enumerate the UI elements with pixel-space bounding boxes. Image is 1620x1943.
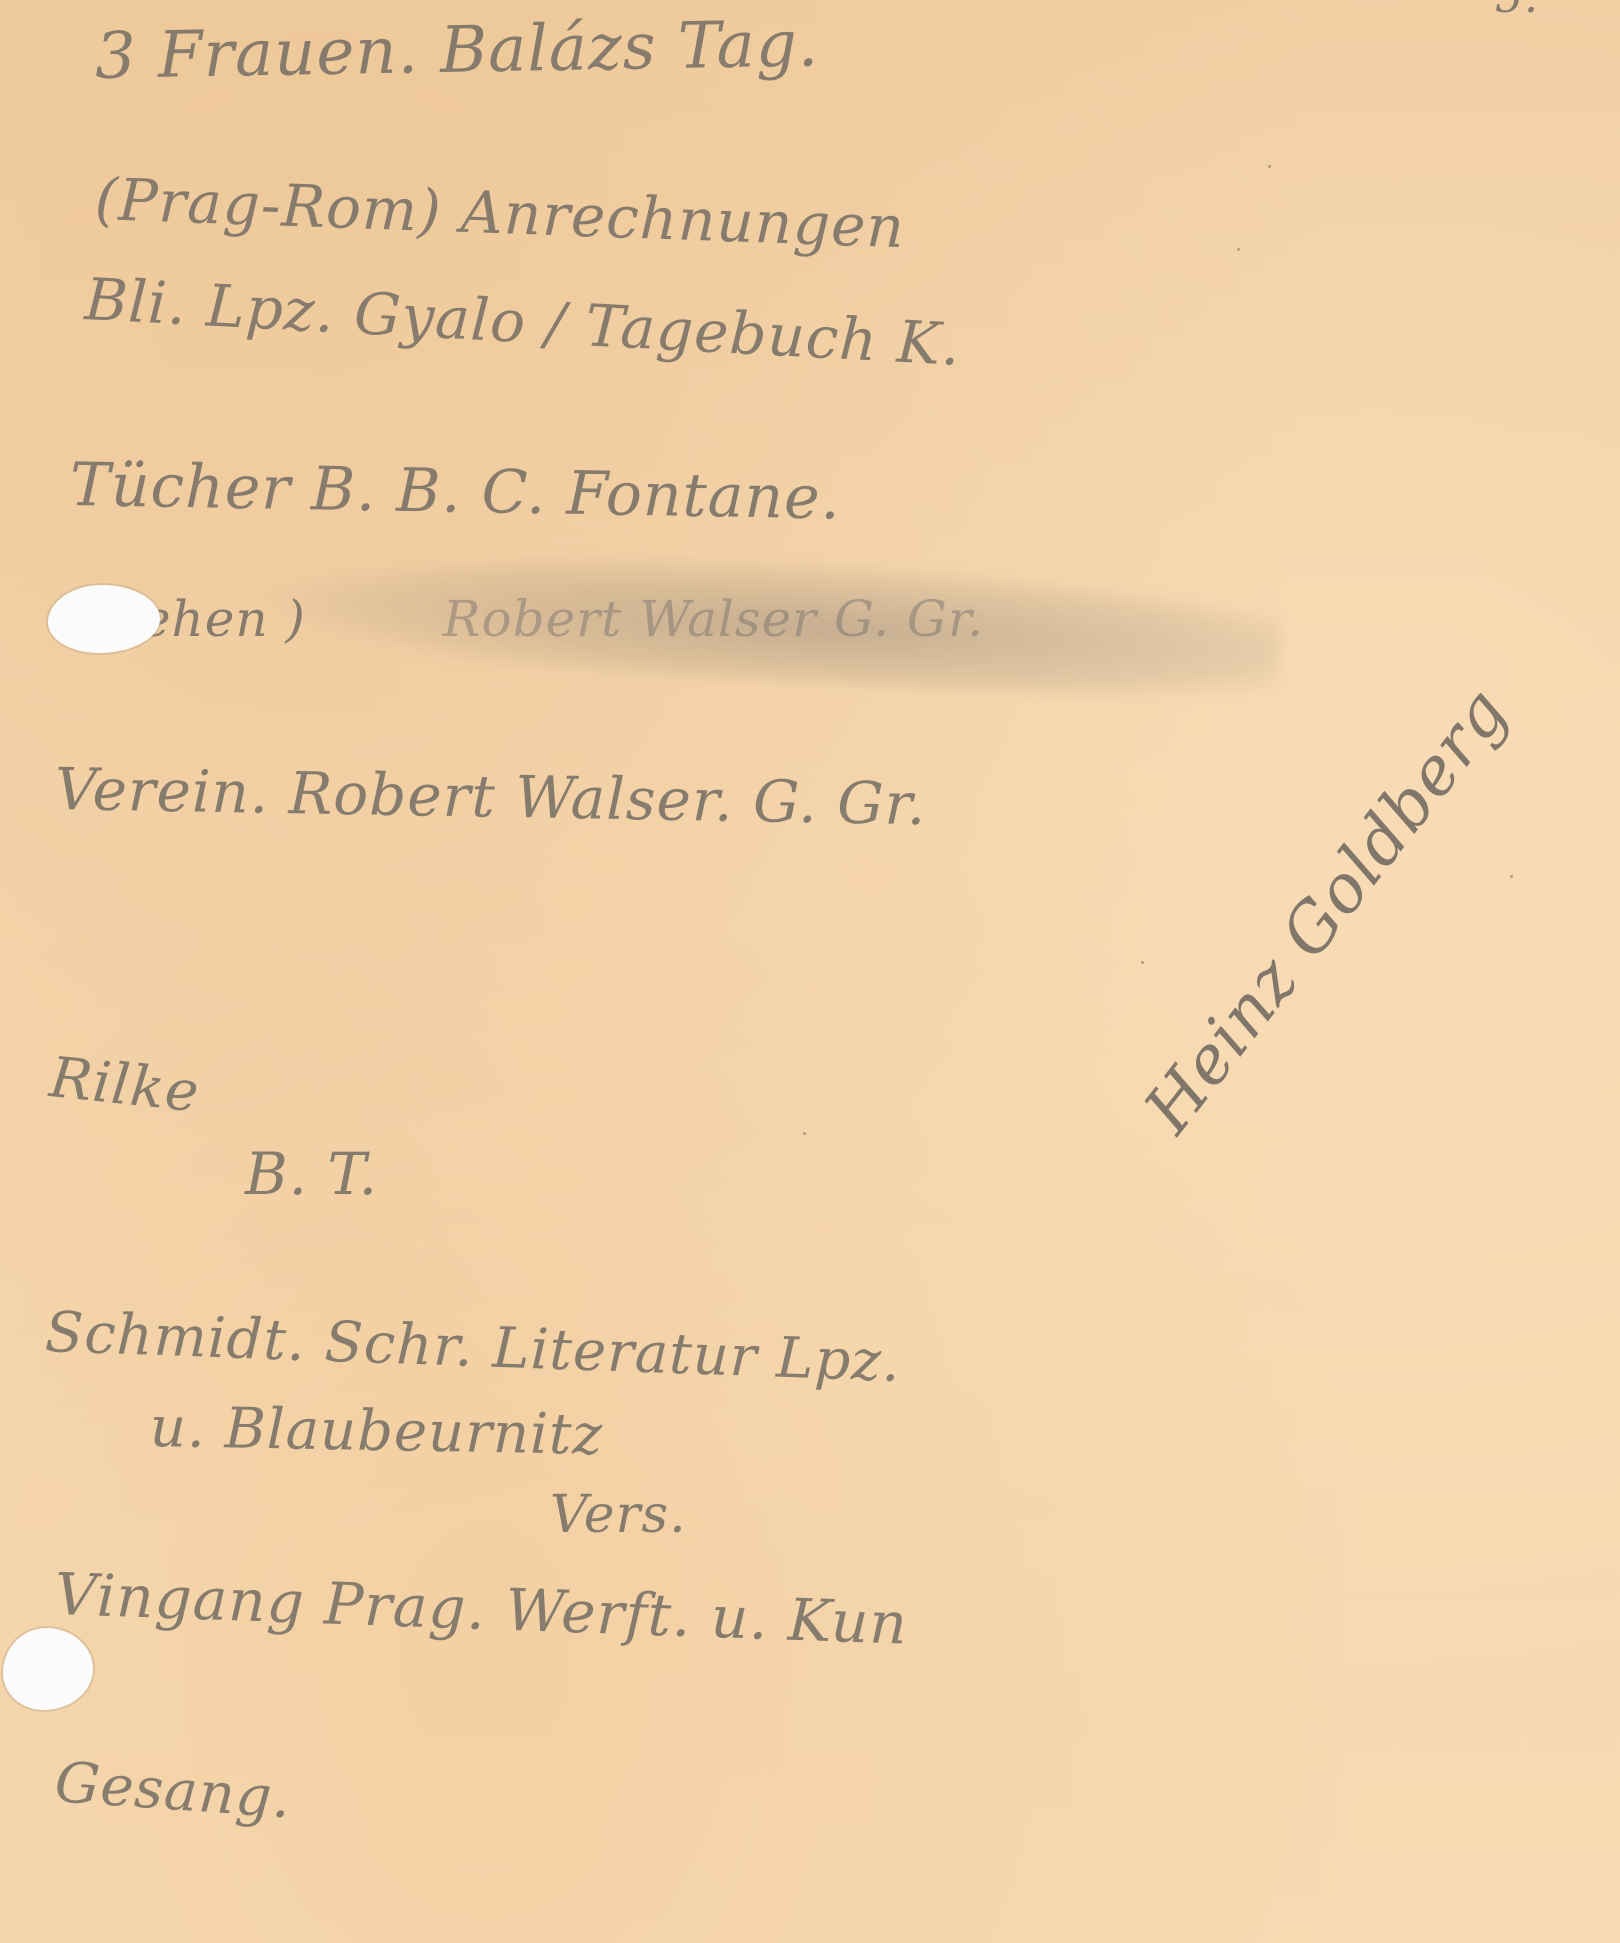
margin-signature: Heinz Goldberg [1129, 673, 1523, 1147]
paper-speck [1237, 248, 1240, 251]
note-line-12: Vingang Prag. Werft. u. Kun [54, 1560, 909, 1658]
paper-speck [803, 1132, 806, 1135]
note-line-5: Gehen ) Robert Walser G. Gr. [100, 590, 984, 648]
struck-out-text: Robert Walser G. Gr. [443, 590, 984, 648]
punch-hole-bottom [3, 1628, 93, 1710]
note-line-11: Vers. [550, 1485, 687, 1545]
scanned-page: 5. 3 Frauen. Balázs Tag. (Prag-Rom) Anre… [0, 0, 1620, 1943]
note-line-7: Rilke [47, 1045, 203, 1125]
paper-speck [1510, 875, 1513, 878]
note-line-3: Bli. Lpz. Gyalo / Tagebuch K. [83, 265, 962, 379]
note-line-10: u. Blaubeurnitz [149, 1395, 603, 1468]
paper-speck [1268, 165, 1271, 168]
note-line-4: Tücher B. B. C. Fontane. [69, 450, 841, 533]
note-line-2: (Prag-Rom) Anrechnungen [94, 165, 906, 261]
note-line-8: B. T. [245, 1140, 378, 1208]
note-line-1: 3 Frauen. Balázs Tag. [94, 7, 819, 94]
note-line-13: Gesang. [53, 1750, 294, 1831]
note-line-9: Schmidt. Schr. Literatur Lpz. [44, 1300, 902, 1395]
page-corner-mark: 5. [1495, 0, 1539, 23]
note-line-6: Verein. Robert Walser. G. Gr. [54, 755, 927, 838]
paper-speck [1141, 961, 1144, 964]
